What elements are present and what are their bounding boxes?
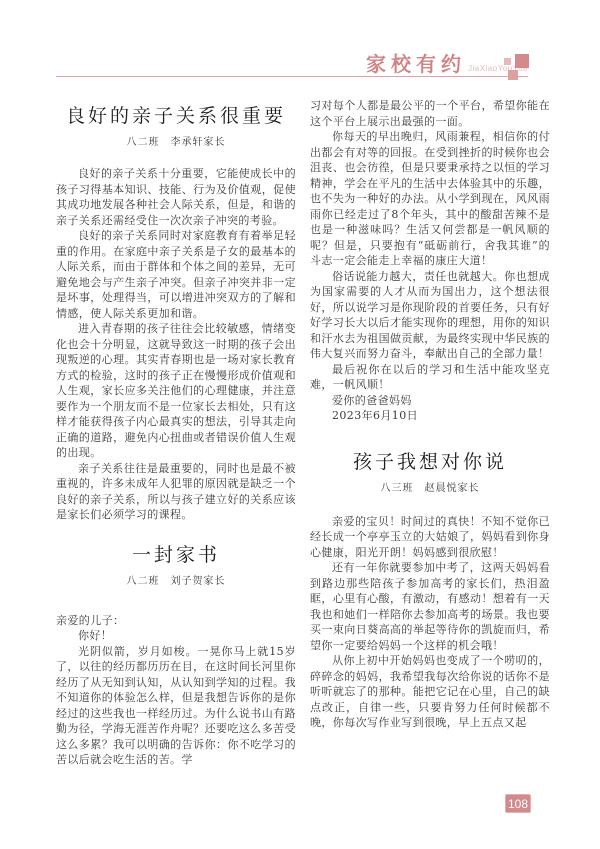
magazine-page: 家校有约 JiaXiaoYouYue 良好的亲子关系很重要 八二班 李承轩家长 … bbox=[0, 0, 600, 849]
section-title: 家校有约 bbox=[366, 52, 466, 76]
letter-continuation: 习对每个人都是最公平的一个平台，希望你能在这个平台上展示出最强的一面。 你每天的… bbox=[310, 98, 550, 424]
article-byline: 八二班 李承轩家长 bbox=[56, 136, 296, 150]
article-title: 良好的亲子关系很重要 bbox=[56, 104, 296, 128]
deco-square-large bbox=[515, 54, 529, 68]
paragraph: 从你上初中开始妈妈也变成了一个唠叨的，碎碎念的妈妈，我希望我每次给你说的话你不是… bbox=[310, 653, 550, 731]
paragraph: 习对每个人都是最公平的一个平台，希望你能在这个平台上展示出最强的一面。 bbox=[310, 98, 550, 129]
article-byline: 八二班 刘子贺家长 bbox=[56, 575, 296, 589]
article-family-letter: 一封家书 八二班 刘子贺家长 亲爱的儿子： 你好！ 光阴似箭，岁月如梭。一晃你马… bbox=[56, 543, 296, 768]
paragraph: 进入青春期的孩子往往会比较敏感，情绪变化也会十分明显，这就导致这一时期的孩子会出… bbox=[56, 321, 296, 461]
letter-greeting: 你好！ bbox=[56, 628, 296, 644]
article-body: 亲爱的宝贝！时间过的真快！不知不觉你已经长成一个亭亭玉立的大姑娘了，妈妈看到你身… bbox=[310, 514, 550, 731]
article-good-parent-child-relationship: 良好的亲子关系很重要 八二班 李承轩家长 良好的亲子关系十分重要，它能使成长中的… bbox=[56, 104, 296, 523]
paragraph: 最后祝你在以后的学习和生活中能攻坚克难，一帆风顺！ bbox=[310, 362, 550, 393]
article-child-i-want-to-tell-you: 孩子我想对你说 八三班 赵晨悦家长 亲爱的宝贝！时间过的真快！不知不觉你已经长成… bbox=[310, 450, 550, 731]
paragraph: 俗话说能力越大，责任也就越大。你也想成为国家需要的人才从而为国出力，这个想法很好… bbox=[310, 269, 550, 362]
article-byline: 八三班 赵晨悦家长 bbox=[310, 482, 550, 496]
paragraph: 亲爱的宝贝！时间过的真快！不知不觉你已经长成一个亭亭玉立的大姑娘了，妈妈看到你身… bbox=[310, 514, 550, 561]
paragraph: 还有一年你就要参加中考了，这两天妈妈看到路边那些陪孩子参加高考的家长们，热泪盈眶… bbox=[310, 560, 550, 653]
letter-date: 2023年6月10日 bbox=[310, 408, 550, 424]
squares-decoration-icon bbox=[504, 54, 534, 82]
page-number-badge: 108 bbox=[505, 794, 531, 813]
letter-signature: 爱你的爸爸妈妈 bbox=[310, 393, 550, 409]
letter-salutation: 亲爱的儿子： bbox=[56, 613, 296, 629]
page-header: 家校有约 JiaXiaoYouYue bbox=[56, 50, 528, 77]
paragraph: 良好的亲子关系同时对家庭教育有着举足轻重的作用。在家庭中亲子关系是子女的最基本的… bbox=[56, 228, 296, 321]
paragraph: 良好的亲子关系十分重要，它能使成长中的孩子习得基本知识、技能、行为及价值观，促使… bbox=[56, 166, 296, 228]
left-column: 良好的亲子关系很重要 八二班 李承轩家长 良好的亲子关系十分重要，它能使成长中的… bbox=[56, 90, 296, 768]
right-column: 习对每个人都是最公平的一个平台，希望你能在这个平台上展示出最强的一面。 你每天的… bbox=[310, 90, 550, 768]
paragraph: 亲子关系往往是最重要的，同时也是最不被重视的，许多未成年人犯罪的原因就是缺乏一个… bbox=[56, 461, 296, 523]
deco-square-small bbox=[504, 58, 511, 65]
deco-square-medium bbox=[508, 70, 518, 80]
content-columns: 良好的亲子关系很重要 八二班 李承轩家长 良好的亲子关系十分重要，它能使成长中的… bbox=[56, 90, 550, 768]
article-title: 一封家书 bbox=[56, 543, 296, 567]
paragraph: 你每天的早出晚归，风雨兼程，相信你的付出都会有对等的回报。在受到挫折的时候你也会… bbox=[310, 129, 550, 269]
paragraph: 光阴似箭，岁月如梭。一晃你马上就15岁了，以往的经历都历历在目，在这时间长河里你… bbox=[56, 644, 296, 768]
article-body: 良好的亲子关系十分重要，它能使成长中的孩子习得基本知识、技能、行为及价值观，促使… bbox=[56, 166, 296, 523]
article-title: 孩子我想对你说 bbox=[310, 450, 550, 474]
article-body: 亲爱的儿子： 你好！ 光阴似箭，岁月如梭。一晃你马上就15岁了，以往的经历都历历… bbox=[56, 613, 296, 768]
